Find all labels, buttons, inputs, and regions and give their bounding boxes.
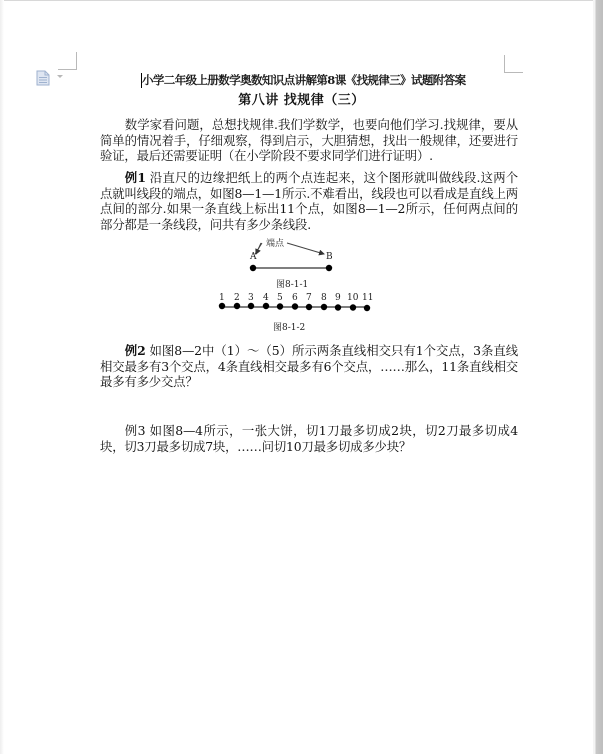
chevron-down-icon[interactable]: [57, 75, 63, 78]
example-3-paragraph: 例3 如图8—4所示，一张大饼，切1刀最多切成2块，切2刀最多切成4块，切3刀最…: [100, 423, 518, 454]
example-1-paragraph: 例1 沿直尺的边缘把纸上的两个点连起来，这个图形就叫做线段.这两个点就叫线段的端…: [100, 170, 518, 232]
point-label: 3: [248, 293, 254, 303]
point-label: 8: [321, 293, 327, 303]
paragraph-text: 数学家看问题，总想找规律.我们学数学，也要向他们学习.找规律，要从简单的情况着手…: [100, 117, 518, 163]
intro-paragraph: 数学家看问题，总想找规律.我们学数学，也要向他们学习.找规律，要从简单的情况着手…: [100, 117, 518, 164]
margin-corner-mark-top-left: [58, 52, 77, 70]
figure-caption: 图8-1-2: [273, 320, 305, 333]
point-label: 10: [347, 293, 358, 303]
margin-corner-mark-top-right: [504, 55, 523, 73]
point-label: 4: [263, 293, 269, 303]
paragraph-text: 如图8—4所示，一张大饼，切1刀最多切成2块，切2刀最多切成4块，切3刀最多切成…: [100, 423, 518, 454]
point-label: 2: [234, 293, 240, 303]
point-label: 6: [292, 293, 298, 303]
example-2-paragraph: 例2 如图8—2中（1）～（5）所示两条直线相交只有1个交点，3条直线相交最多有…: [100, 343, 518, 390]
figure-caption: 图8-1-1: [276, 277, 308, 290]
example-label: 例2: [125, 343, 146, 358]
example-label: 例3: [125, 423, 146, 438]
document-title: 小学二年级上册数学奥数知识点讲解第8课《找规律三》试题附答案: [142, 73, 482, 88]
point-label: 7: [306, 293, 312, 303]
endpoint-label: 端点: [266, 236, 284, 249]
point-a-label: A: [250, 252, 257, 262]
vertical-scrollbar[interactable]: [593, 0, 603, 754]
example-label: 例1: [125, 170, 146, 185]
point-label: 1: [219, 293, 225, 303]
figure-8-1-2: 1 2 3 4 5 6 7 8 9 10 11 图8-1-2: [215, 293, 375, 333]
point-b-label: B: [326, 252, 333, 262]
document-icon[interactable]: [36, 70, 50, 86]
paragraph-text: 沿直尺的边缘把纸上的两个点连起来，这个图形就叫做线段.这两个点就叫线段的端点，如…: [100, 170, 518, 232]
section-title: 第八讲 找规律（三）: [0, 92, 603, 109]
page-left-shadow: [0, 0, 4, 754]
paragraph-text: 如图8—2中（1）～（5）所示两条直线相交只有1个交点，3条直线相交最多有3个交…: [100, 343, 518, 389]
point-label: 11: [362, 293, 373, 303]
window-top-border: [0, 0, 603, 1]
point-label: 5: [277, 293, 283, 303]
point-label: 9: [335, 293, 341, 303]
figure-8-1-1: 端点 A B 图8-1-1: [240, 234, 350, 290]
